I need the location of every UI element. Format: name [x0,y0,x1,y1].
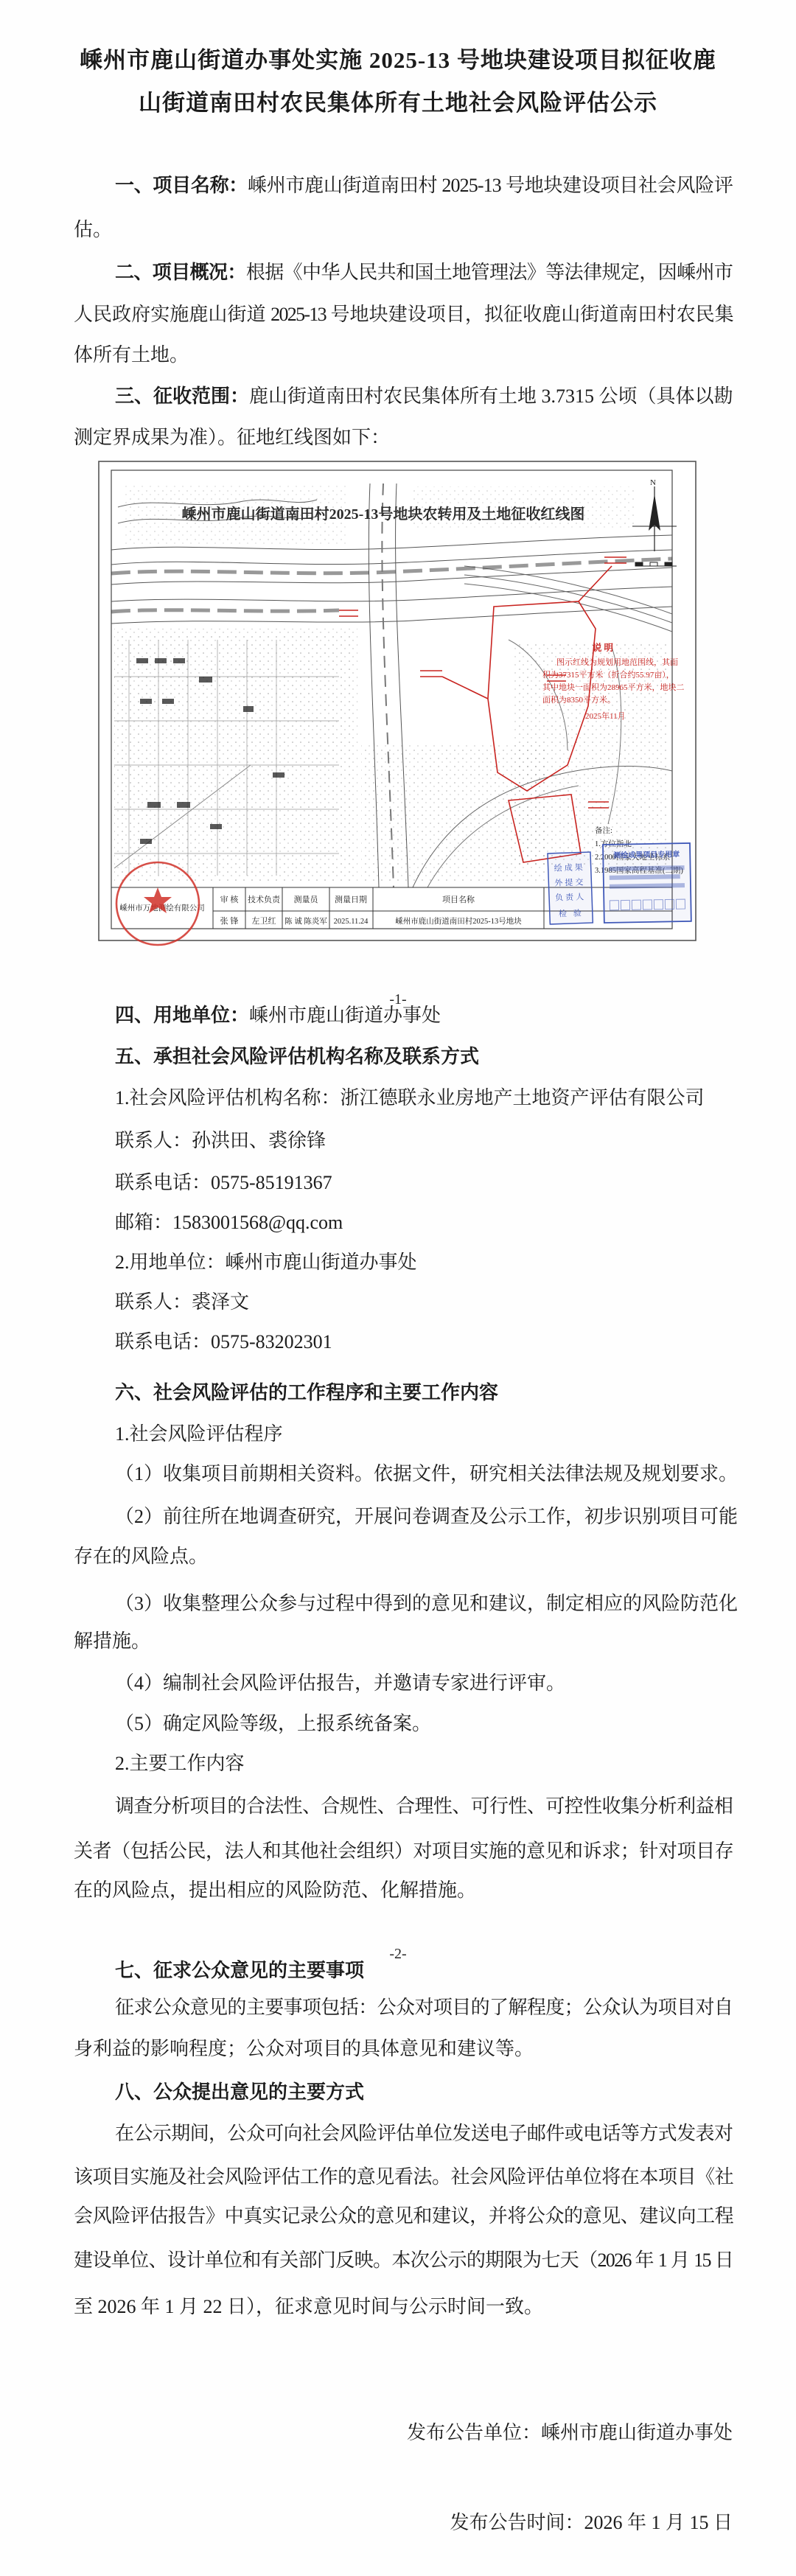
text-line: 在公示期间，公众可向社会风险评估单位发送电子邮件或电话等方式发表对 [74,2119,733,2149]
text-line: 至 2026 年 1 月 22 日），征求意见时间与公示时间一致。 [74,2292,733,2322]
table-value-reviewer: 张 锋 [220,915,239,926]
text-line: 联系电话：0575-85191367 [74,1168,733,1198]
text-line: 征求公众意见的主要事项包括：公众对项目的了解程度；公众认为项目对自 [74,1993,733,2022]
section-1-heading: 一、项目名称：嵊州市鹿山街道南田村 2025-13 号地块建设项目社会风险评 [74,171,733,200]
svg-text:负责人: 负责人 [555,891,586,902]
text-line: 解措施。 [74,1627,733,1656]
section-6-heading: 六、社会风险评估的工作程序和主要工作内容 [74,1378,733,1408]
text-line: 人民政府实施鹿山街道 2025-13 号地块建设项目，拟征收鹿山街道南田村农民集 [74,300,733,329]
text-line: （4）编制社会风险评估报告，并邀请专家进行评审。 [74,1669,733,1698]
table-header-survey-date: 测量日期 [335,894,367,904]
text-line: 2.用地单位：嵊州市鹿山街道办事处 [74,1248,733,1277]
text-line: 身利益的影响程度；公众对项目的具体意见和建议等。 [74,2034,733,2064]
text-line: 调查分析项目的合法性、合规性、合理性、可行性、可控性收集分析利益相 [74,1792,733,1821]
svg-text:绘成果: 绘成果 [554,862,584,873]
text-line: （1）收集项目前期相关资料。依据文件，研究相关法律法规及规划要求。 [74,1459,733,1489]
text-line: 会风险评估报告》中真实记录公众的意见和建议，并将公众的意见、建议向工程 [74,2202,733,2231]
table-value-project-name: 嵊州市鹿山街道南田村2025-13号地块 [395,916,522,926]
text-line: 联系人：孙洪田、裘徐锋 [74,1126,733,1156]
section-8-heading: 八、公众提出意见的主要方式 [74,2078,733,2107]
text-line: 存在的风险点。 [74,1542,733,1571]
svg-text:N: N [650,478,656,487]
table-header-surveyor: 测量员 [294,894,319,904]
text-line: 联系人：裘泽文 [74,1288,733,1317]
svg-text:备注:: 备注: [595,825,612,835]
blue-seal-wide-icon: 测绘成果项目专用章 [603,843,691,923]
svg-text:面积为8350平方米。: 面积为8350平方米。 [542,694,615,705]
announcement-page: 嵊州市鹿山街道办事处实施 2025-13 号地块建设项目拟征收鹿山街道南田村农民… [0,0,796,2576]
text-line: 1.社会风险评估机构名称：浙江德联永业房地产土地资产评估有限公司 [74,1083,733,1113]
title-line-1: 嵊州市鹿山街道办事处实施 2025-13 号地块建设项目拟征收鹿 [0,43,796,78]
text-line: 2.主要工作内容 [74,1749,733,1779]
map-title: 嵊州市鹿山街道南田村2025-13号地块农转用及土地征收红线图 [182,505,585,523]
text-line: 联系电话：0575-83202301 [74,1327,733,1357]
text-line: 该项目实施及社会风险评估工作的意见看法。社会风险评估单位将在本项目《社 [74,2163,733,2192]
svg-text:积为37315平方米（折合约55.97亩），: 积为37315平方米（折合约55.97亩）， [542,669,674,680]
table-value-tech-lead: 左卫红 [252,916,276,926]
table-header-project-name: 项目名称 [442,895,475,904]
issue-date-line: 发布公告时间：2026 年 1 月 15 日 [450,2508,733,2538]
text-line: 建设单位、设计单位和有关部门反映。本次公示的期限为七天（2026 年 1 月 1… [74,2246,733,2275]
text-line: 邮箱：1583001568@qq.com [74,1208,733,1238]
text-line: 关者（包括公民，法人和其他社会组织）对项目实施的意见和诉求；针对项目存 [74,1837,733,1866]
blue-seal-narrow-icon: 绘成果 外提交 负责人 检 验 [548,852,593,924]
section-7-heading: 七、征求公众意见的主要事项 [74,1956,733,1986]
svg-text:2025年11月: 2025年11月 [585,711,626,721]
svg-text:检 验: 检 验 [559,907,584,918]
redline-map-figure: 嵊州市鹿山街道南田村2025-13号地块农转用及土地征收红线图 N 说 明 图示… [96,455,700,957]
section-5-heading: 五、承担社会风险评估机构名称及联系方式 [74,1042,733,1072]
section-4-heading: 四、用地单位：嵊州市鹿山街道办事处 [74,1001,733,1030]
section-2-heading: 二、项目概况：根据《中华人民共和国土地管理法》等法律规定，因嵊州市 [74,258,733,287]
text-line: （3）收集整理公众参与过程中得到的意见和建议，制定相应的风险防范化 [74,1589,733,1619]
svg-text:图示红线为规划用地范围线，其面: 图示红线为规划用地范围线，其面 [556,657,678,667]
text-line: 在的风险点，提出相应的风险防范、化解措施。 [74,1876,733,1905]
table-header-tech-lead: 技术负责 [248,894,281,904]
text-line: 1.社会风险评估程序 [74,1420,733,1449]
svg-text:说 明: 说 明 [593,642,614,653]
issuer-line: 发布公告单位：嵊州市鹿山街道办事处 [407,2418,733,2448]
text-line: 测定界成果为准）。征地红线图如下： [74,423,733,453]
section-3-heading: 三、征收范围：鹿山街道南田村农民集体所有土地 3.7315 公顷（具体以勘 [74,382,733,411]
text-line: 体所有土地。 [74,341,733,370]
table-value-survey-date: 2025.11.24 [334,918,369,926]
text-line: （2）前往所在地调查研究，开展问卷调查及公示工作，初步识别项目可能 [74,1502,733,1532]
text-line: （5）确定风险等级，上报系统备案。 [74,1709,733,1739]
svg-text:其中地块一面积为28965平方米，地块二: 其中地块一面积为28965平方米，地块二 [542,682,685,692]
title-line-2: 山街道南田村农民集体所有土地社会风险评估公示 [0,85,796,121]
table-header-reviewer: 审 核 [220,894,240,904]
table-value-surveyor: 陈 诚 陈炎军 [284,916,327,926]
text-line: 估。 [74,215,733,245]
svg-text:外提交: 外提交 [554,876,585,887]
